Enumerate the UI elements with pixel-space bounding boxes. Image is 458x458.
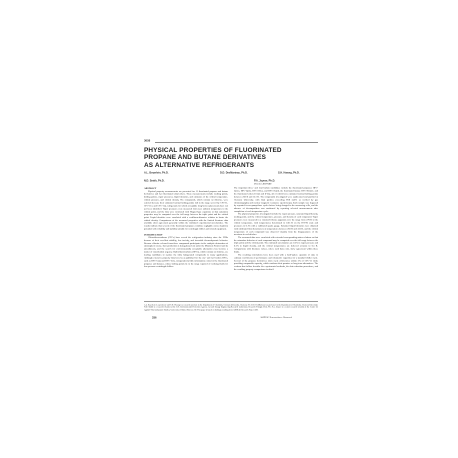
- author-name-2: D.D. DesMarteau, Ph.D.: [220, 171, 248, 174]
- page-number: 336: [152, 316, 156, 319]
- page-footer: 336 ASHRAE Transactions: Research: [144, 316, 318, 322]
- paper-number: 3658: [144, 139, 150, 142]
- paper-title-line-3: AS ALTERNATIVE REFRIGERANTS: [144, 162, 318, 169]
- left-column: ABSTRACT Physical property measurements …: [144, 187, 228, 299]
- body-paragraph-2: The physical properties investigated inc…: [234, 213, 318, 236]
- paper-title: PHYSICAL PROPERTIES OF FLUORINATED PROPA…: [144, 147, 318, 169]
- author-name-5: P.A. Joyner, Ph.D.: [254, 179, 275, 182]
- footnote-text: A.L. Beyerlein is a professor and S.H. H…: [144, 304, 318, 311]
- body-columns: ABSTRACT Physical property measurements …: [144, 187, 318, 299]
- journal-name: ASHRAE Transactions: Research: [260, 316, 292, 319]
- paper-sheet: 3658 PHYSICAL PROPERTIES OF FLUORINATED …: [144, 140, 318, 322]
- author-name-4: N.D. Smith, Ph.D.: [144, 179, 164, 182]
- right-column: The important three- and four-carbon can…: [234, 187, 318, 299]
- author-block: A.L. Beyerlein, Ph.D. D.D. DesMarteau, P…: [144, 171, 318, 186]
- header-rule: [155, 142, 318, 143]
- body-paragraph-4: The resulting correlations have been use…: [234, 254, 318, 271]
- introduction-paragraph: Chlorofluorocarbons (CFCs) have served t…: [144, 236, 228, 268]
- paper-header: 3658: [144, 140, 318, 145]
- footnote-block: A.L. Beyerlein is a professor and S.H. H…: [144, 301, 318, 314]
- author-name-3: S.H. Hwang, Ph.D.: [278, 171, 300, 174]
- author-affiliation: Member ASHRAE: [254, 183, 272, 185]
- paper-title-line-1: PHYSICAL PROPERTIES OF FLUORINATED: [144, 147, 318, 154]
- scanned-paper-page: 3658 PHYSICAL PROPERTIES OF FLUORINATED …: [0, 0, 458, 458]
- abstract-text: Physical property measurements are prese…: [144, 190, 228, 231]
- paper-title-line-2: PROPANE AND BUTANE DERIVATIVES: [144, 154, 318, 161]
- body-paragraph-3: The measured data were correlated with e…: [234, 236, 318, 253]
- author-name-1: A.L. Beyerlein, Ph.D.: [144, 171, 168, 174]
- body-paragraph-1: The important three- and four-carbon can…: [234, 187, 318, 213]
